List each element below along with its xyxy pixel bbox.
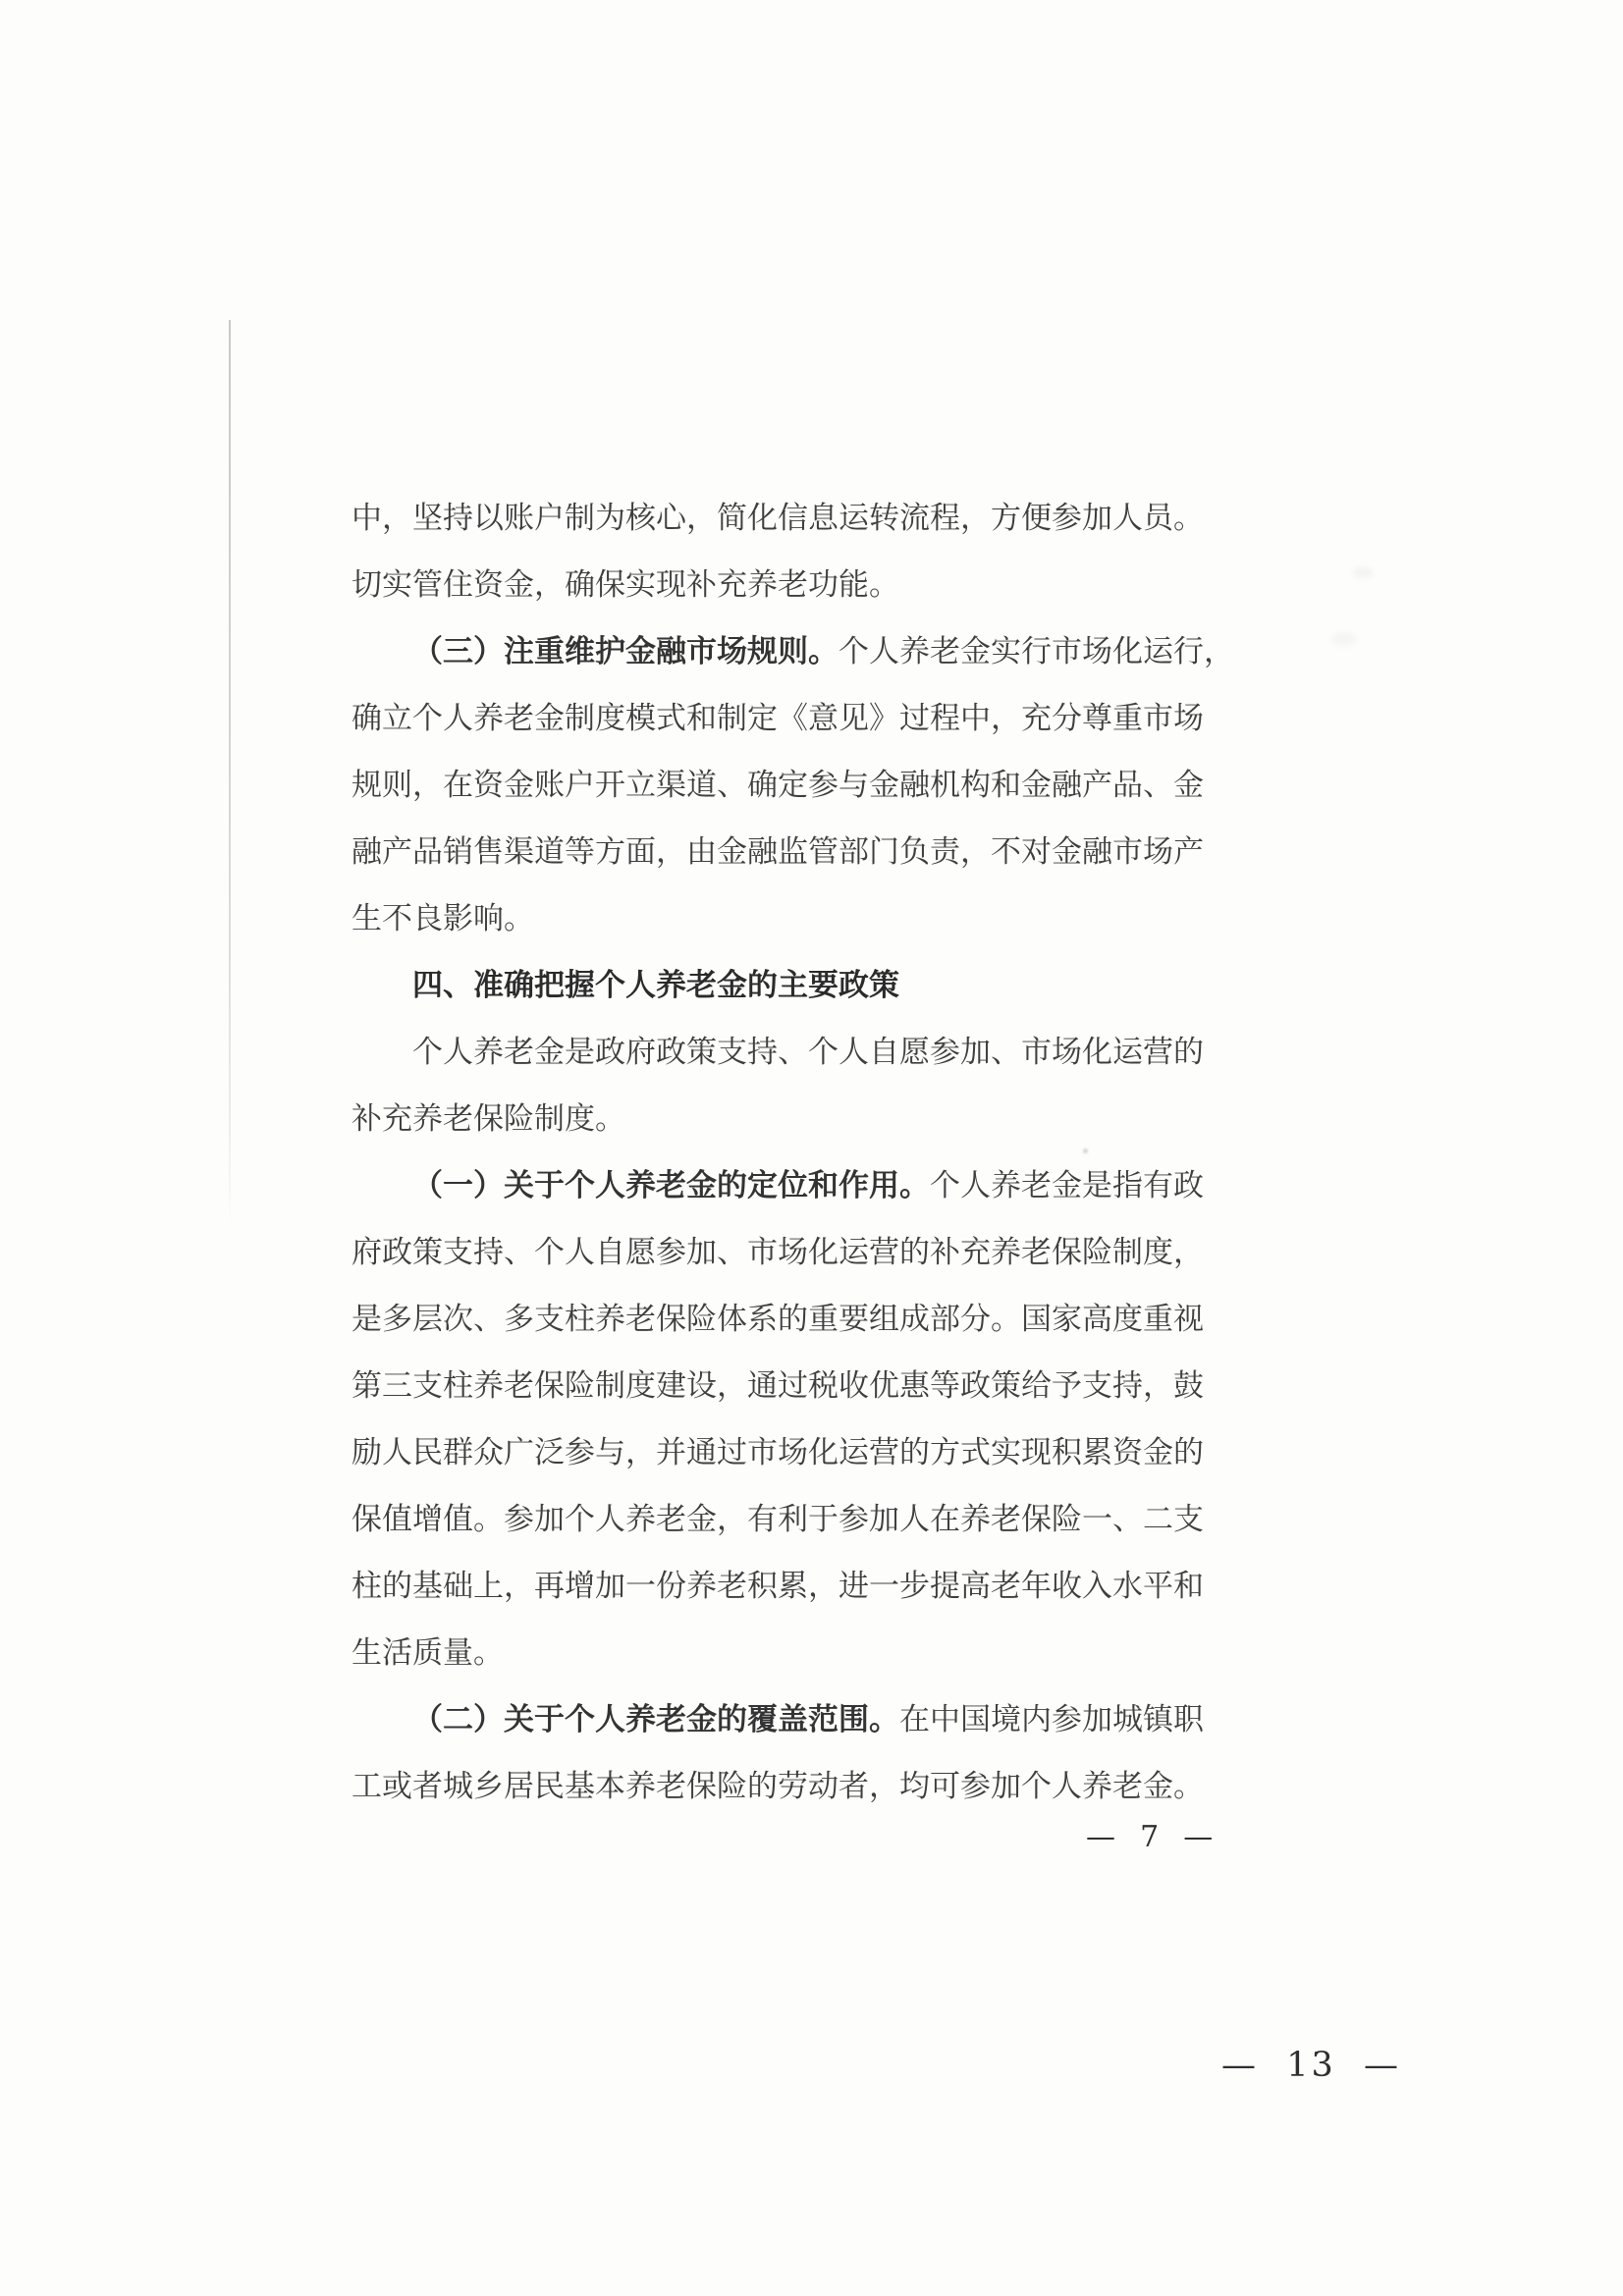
scan-smudge — [1353, 567, 1373, 578]
text-line: 励人民群众广泛参与，并通过市场化运营的方式实现积累资金的 — [352, 1435, 1216, 1474]
text-line: 融产品销售渠道等方面，由金融监管部门负责，不对金融市场产 — [352, 834, 1216, 874]
text-line: 确立个人养老金制度模式和制定《意见》过程中，充分尊重市场 — [352, 701, 1216, 740]
line-text: 保值增值。参加个人养老金，有利于参加人在养老保险一、二支 — [352, 1502, 1204, 1537]
line-text: 融产品销售渠道等方面，由金融监管部门负责，不对金融市场产 — [352, 834, 1204, 870]
line-text: 个人养老金是指有政 — [930, 1168, 1204, 1203]
line-text: 确立个人养老金制度模式和制定《意见》过程中，充分尊重市场 — [352, 701, 1204, 736]
text-line: 生不良影响。 — [352, 901, 1216, 940]
text-line: 保值增值。参加个人养老金，有利于参加人在养老保险一、二支 — [352, 1502, 1216, 1541]
section-heading: 四、准确把握个人养老金的主要政策 — [352, 968, 1276, 1007]
text-line: （二）关于个人养老金的覆盖范围。在中国境内参加城镇职 — [352, 1702, 1276, 1741]
inner-page-number: — 7 — — [1086, 1820, 1215, 1854]
text-line: 是多层次、多支柱养老保险体系的重要组成部分。国家高度重视 — [352, 1302, 1216, 1341]
line-text: 在中国境内参加城镇职 — [899, 1702, 1204, 1737]
line-text: 第三支柱养老保险制度建设，通过税收优惠等政策给予支持，鼓 — [352, 1368, 1204, 1404]
text-line: 补充养老保险制度。 — [352, 1101, 1216, 1141]
text-line: 个人养老金是政府政策支持、个人自愿参加、市场化运营的 — [352, 1035, 1276, 1074]
line-text: 柱的基础上，再增加一份养老积累，进一步提高老年收入水平和 — [352, 1569, 1204, 1604]
scanned-document-page: 中，坚持以账户制为核心，简化信息运转流程，方便参加人员。 切实管住资金，确保实现… — [0, 0, 1623, 2296]
line-text: 个人养老金实行市场化运行， — [839, 634, 1234, 669]
line-lead-text: （二）关于个人养老金的覆盖范围。 — [412, 1702, 899, 1737]
line-lead-text: （三）注重维护金融市场规则。 — [412, 634, 839, 669]
line-text: 励人民群众广泛参与，并通过市场化运营的方式实现积累资金的 — [352, 1435, 1204, 1470]
scan-speck — [1083, 1148, 1088, 1153]
line-text: 工或者城乡居民基本养老保险的劳动者，均可参加个人养老金。 — [352, 1769, 1204, 1804]
text-line: 生活质量。 — [352, 1635, 1216, 1675]
text-line: （三）注重维护金融市场规则。个人养老金实行市场化运行， — [352, 634, 1276, 673]
line-text: 府政策支持、个人自愿参加、市场化运营的补充养老保险制度， — [352, 1235, 1204, 1270]
line-text: 补充养老保险制度。 — [352, 1101, 625, 1137]
line-text: 切实管住资金，确保实现补充养老功能。 — [352, 567, 899, 603]
line-text: 中，坚持以账户制为核心，简化信息运转流程，方便参加人员。 — [352, 501, 1204, 536]
line-lead-text: （一）关于个人养老金的定位和作用。 — [412, 1168, 930, 1203]
line-text: 生不良影响。 — [352, 901, 534, 936]
scan-smudge — [1331, 632, 1357, 646]
outer-page-number: — 13 — — [1221, 2046, 1401, 2085]
line-text: 规则，在资金账户开立渠道、确定参与金融机构和金融产品、金 — [352, 768, 1204, 803]
line-text: 个人养老金是政府政策支持、个人自愿参加、市场化运营的 — [412, 1035, 1204, 1070]
scan-page-edge-line — [229, 320, 231, 1227]
text-line: 府政策支持、个人自愿参加、市场化运营的补充养老保险制度， — [352, 1235, 1216, 1274]
text-line: （一）关于个人养老金的定位和作用。个人养老金是指有政 — [352, 1168, 1276, 1207]
text-line: 切实管住资金，确保实现补充养老功能。 — [352, 567, 1216, 607]
text-line: 第三支柱养老保险制度建设，通过税收优惠等政策给予支持，鼓 — [352, 1368, 1216, 1408]
text-line: 中，坚持以账户制为核心，简化信息运转流程，方便参加人员。 — [352, 501, 1216, 540]
heading-text: 四、准确把握个人养老金的主要政策 — [412, 968, 899, 1003]
text-line: 工或者城乡居民基本养老保险的劳动者，均可参加个人养老金。 — [352, 1769, 1216, 1808]
text-line: 规则，在资金账户开立渠道、确定参与金融机构和金融产品、金 — [352, 768, 1216, 807]
line-text: 是多层次、多支柱养老保险体系的重要组成部分。国家高度重视 — [352, 1302, 1204, 1337]
line-text: 生活质量。 — [352, 1635, 504, 1671]
text-line: 柱的基础上，再增加一份养老积累，进一步提高老年收入水平和 — [352, 1569, 1216, 1608]
